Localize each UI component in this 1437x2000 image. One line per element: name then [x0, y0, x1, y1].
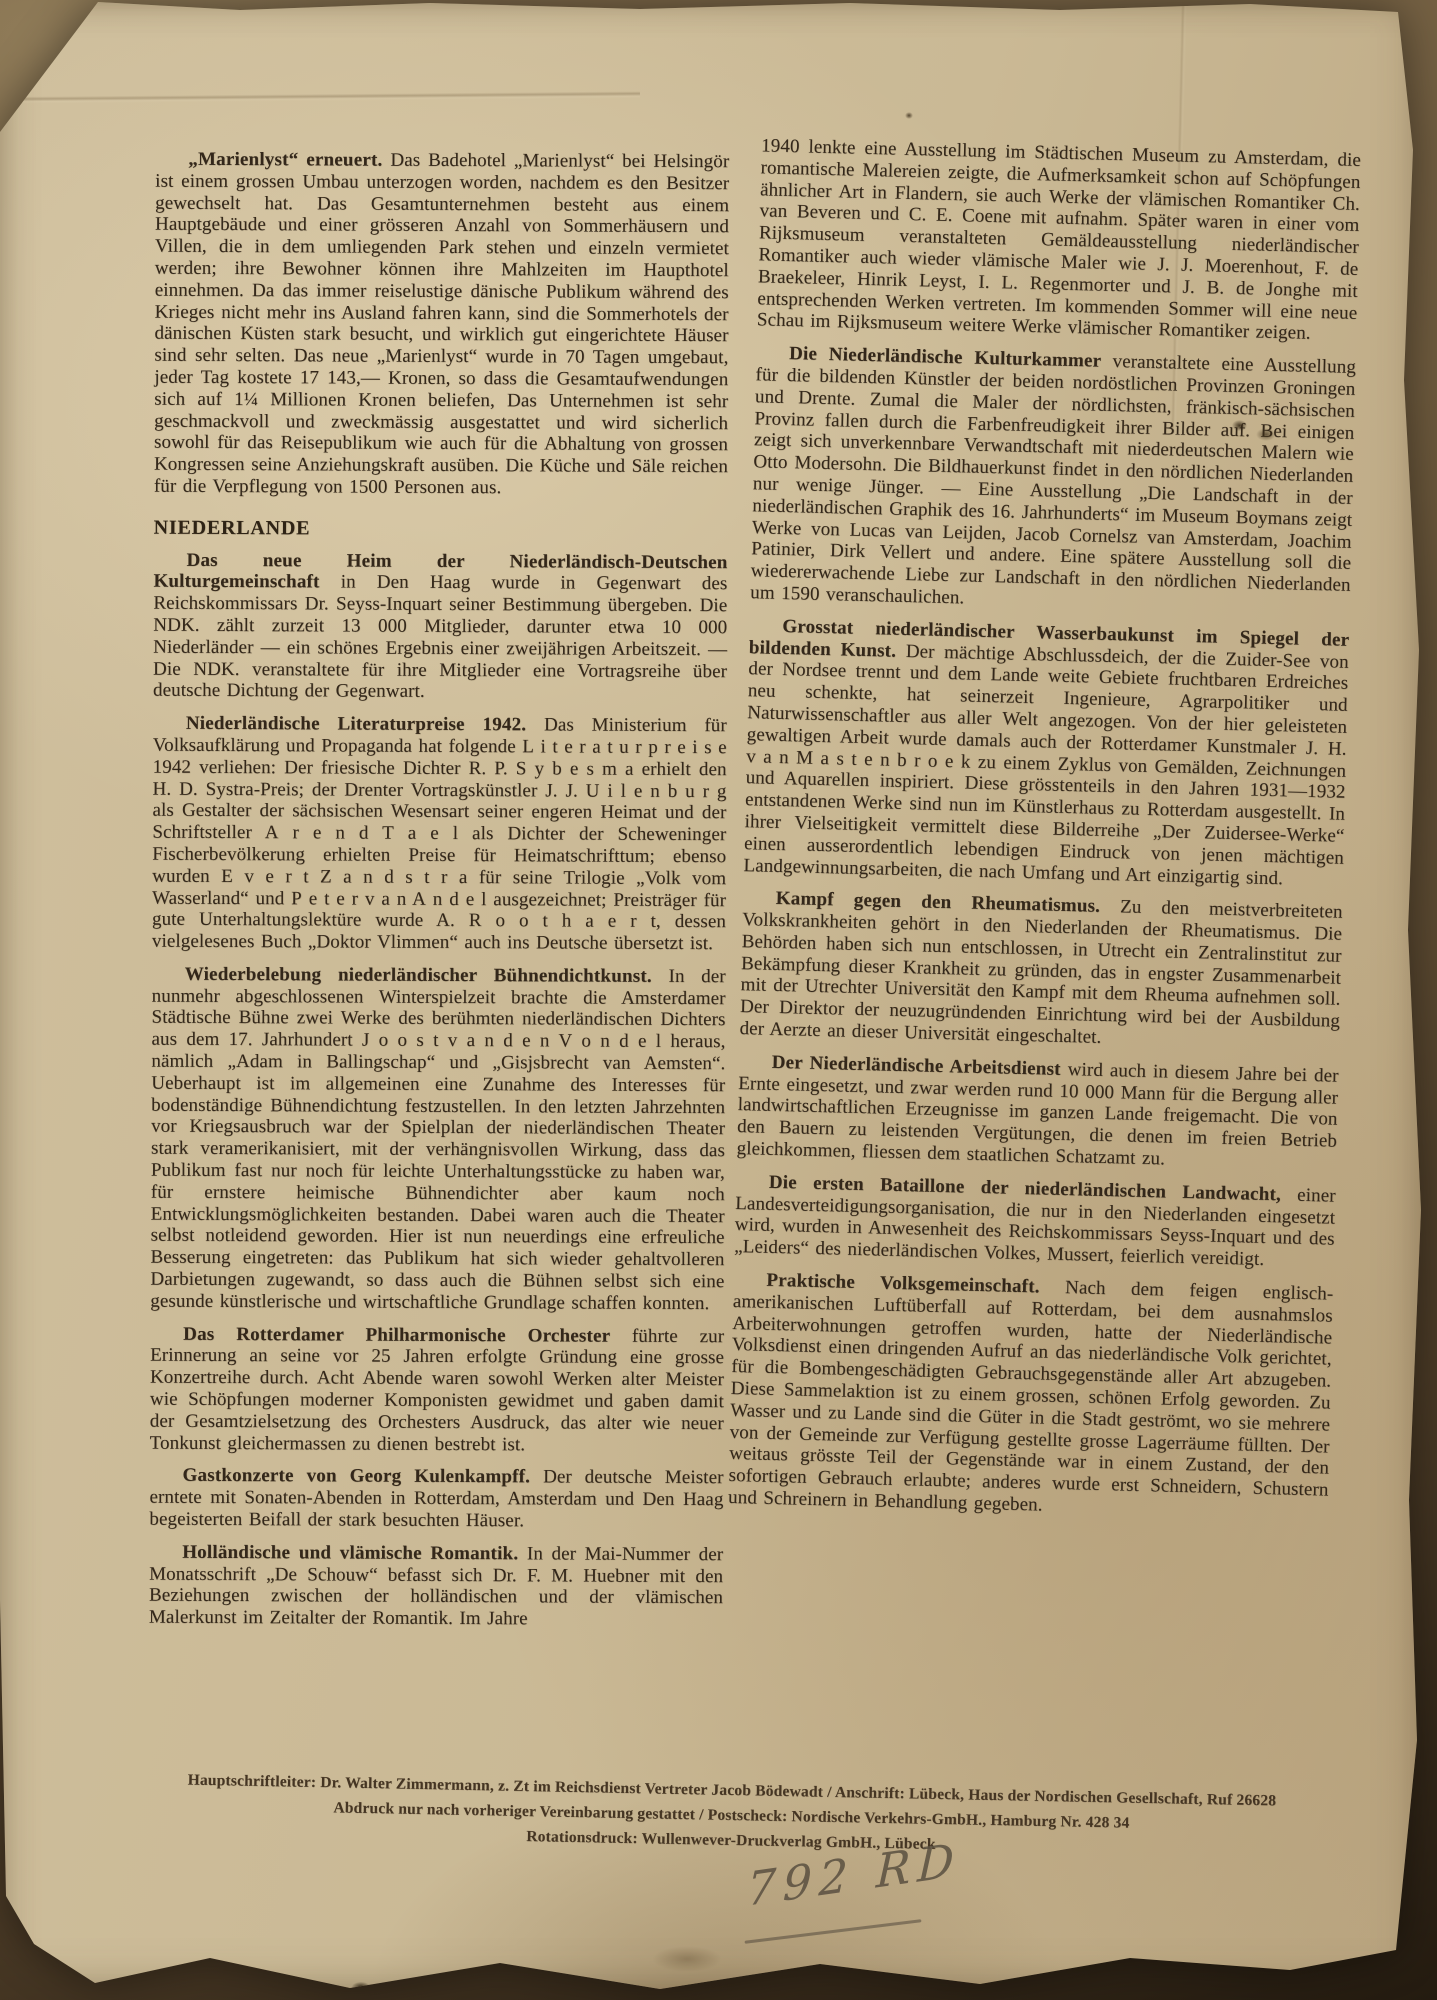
article-orchester: Das Rotterdamer Philharmonische Orcheste…	[150, 1323, 725, 1456]
printed-text-block: „Marienlyst“ erneuert. Das Badehotel „Ma…	[0, 0, 1437, 2000]
article-kulturkammer: Die Niederländische Kulturkammer veranst…	[750, 342, 1356, 618]
article-gastkonzerte: Gastkonzerte von Georg Kulenkampff. Der …	[149, 1465, 723, 1533]
article-landwacht: Die ersten Bataillone der niederländisch…	[734, 1171, 1336, 1273]
paper-shadow-wrap: „Marienlyst“ erneuert. Das Badehotel „Ma…	[0, 0, 1437, 2000]
article-buehnendichtkunst: Wiederbelebung niederländischer Bühnendi…	[150, 964, 726, 1315]
article-text: Zu den meistverbreiteten Volkskrankheite…	[739, 897, 1343, 1048]
article-text: Das Badehotel „Marienlyst“ bei Helsingör…	[154, 150, 730, 498]
article-text: Das Ministerium für Volksaufklärung und …	[152, 715, 727, 955]
article-wasserbaukunst: Grosstat niederländischer Wasserbaukunst…	[743, 615, 1349, 891]
article-ndk-heim: Das neue Heim der Niederländisch-Deutsch…	[153, 549, 728, 704]
right-column: 1940 lenkte eine Ausstellung im Städtisc…	[728, 135, 1362, 1534]
section-heading-niederlande: NIEDERLANDE	[154, 517, 728, 541]
article-literaturpreise: Niederländische Literaturpreise 1942. Da…	[152, 713, 727, 955]
article-lead: Das Rotterdamer Philharmonische Orcheste…	[183, 1323, 632, 1346]
left-column: „Marienlyst“ erneuert. Das Badehotel „Ma…	[149, 149, 730, 1642]
article-lead: Wiederbelebung niederländischer Bühnendi…	[185, 964, 669, 987]
article-text: Der mächtige Abschlussdeich, der die Zui…	[743, 641, 1349, 889]
article-lead: Gastkonzerte von Georg Kulenkampff.	[183, 1465, 544, 1488]
article-text: Nach dem feigen englisch-amerikanischen …	[728, 1277, 1334, 1515]
article-romantik: Holländische und vlämische Romantik. In …	[149, 1541, 723, 1631]
article-text: In der nunmehr abgeschlossenen Winterspi…	[150, 966, 726, 1314]
article-arbeitsdienst: Der Niederländische Arbeitsdienst wird a…	[736, 1051, 1338, 1175]
article-text: veranstaltete eine Ausstellung für die b…	[750, 351, 1356, 608]
article-romantik-continued: 1940 lenkte eine Ausstellung im Städtisc…	[757, 135, 1362, 346]
article-volksgemeinschaft: Praktische Volksgemeinschaft. Nach dem f…	[728, 1269, 1334, 1523]
paper-sheet: „Marienlyst“ erneuert. Das Badehotel „Ma…	[0, 0, 1437, 2000]
article-text: 1940 lenkte eine Ausstellung im Städtisc…	[757, 135, 1362, 344]
imprint: Hauptschriftleiter: Dr. Walter Zimmerman…	[141, 1767, 1322, 1865]
article-lead: Niederländische Literaturpreise 1942.	[186, 713, 544, 736]
article-rheumatismus: Kampf gegen den Rheumatismus. Zu den mei…	[739, 887, 1343, 1054]
article-lead: „Marienlyst“ erneuert.	[188, 149, 390, 171]
article-marienlyst: „Marienlyst“ erneuert. Das Badehotel „Ma…	[154, 149, 730, 500]
scanned-page-photo: „Marienlyst“ erneuert. Das Badehotel „Ma…	[0, 0, 1437, 2000]
article-lead: Holländische und vlämische Romantik.	[182, 1542, 527, 1565]
